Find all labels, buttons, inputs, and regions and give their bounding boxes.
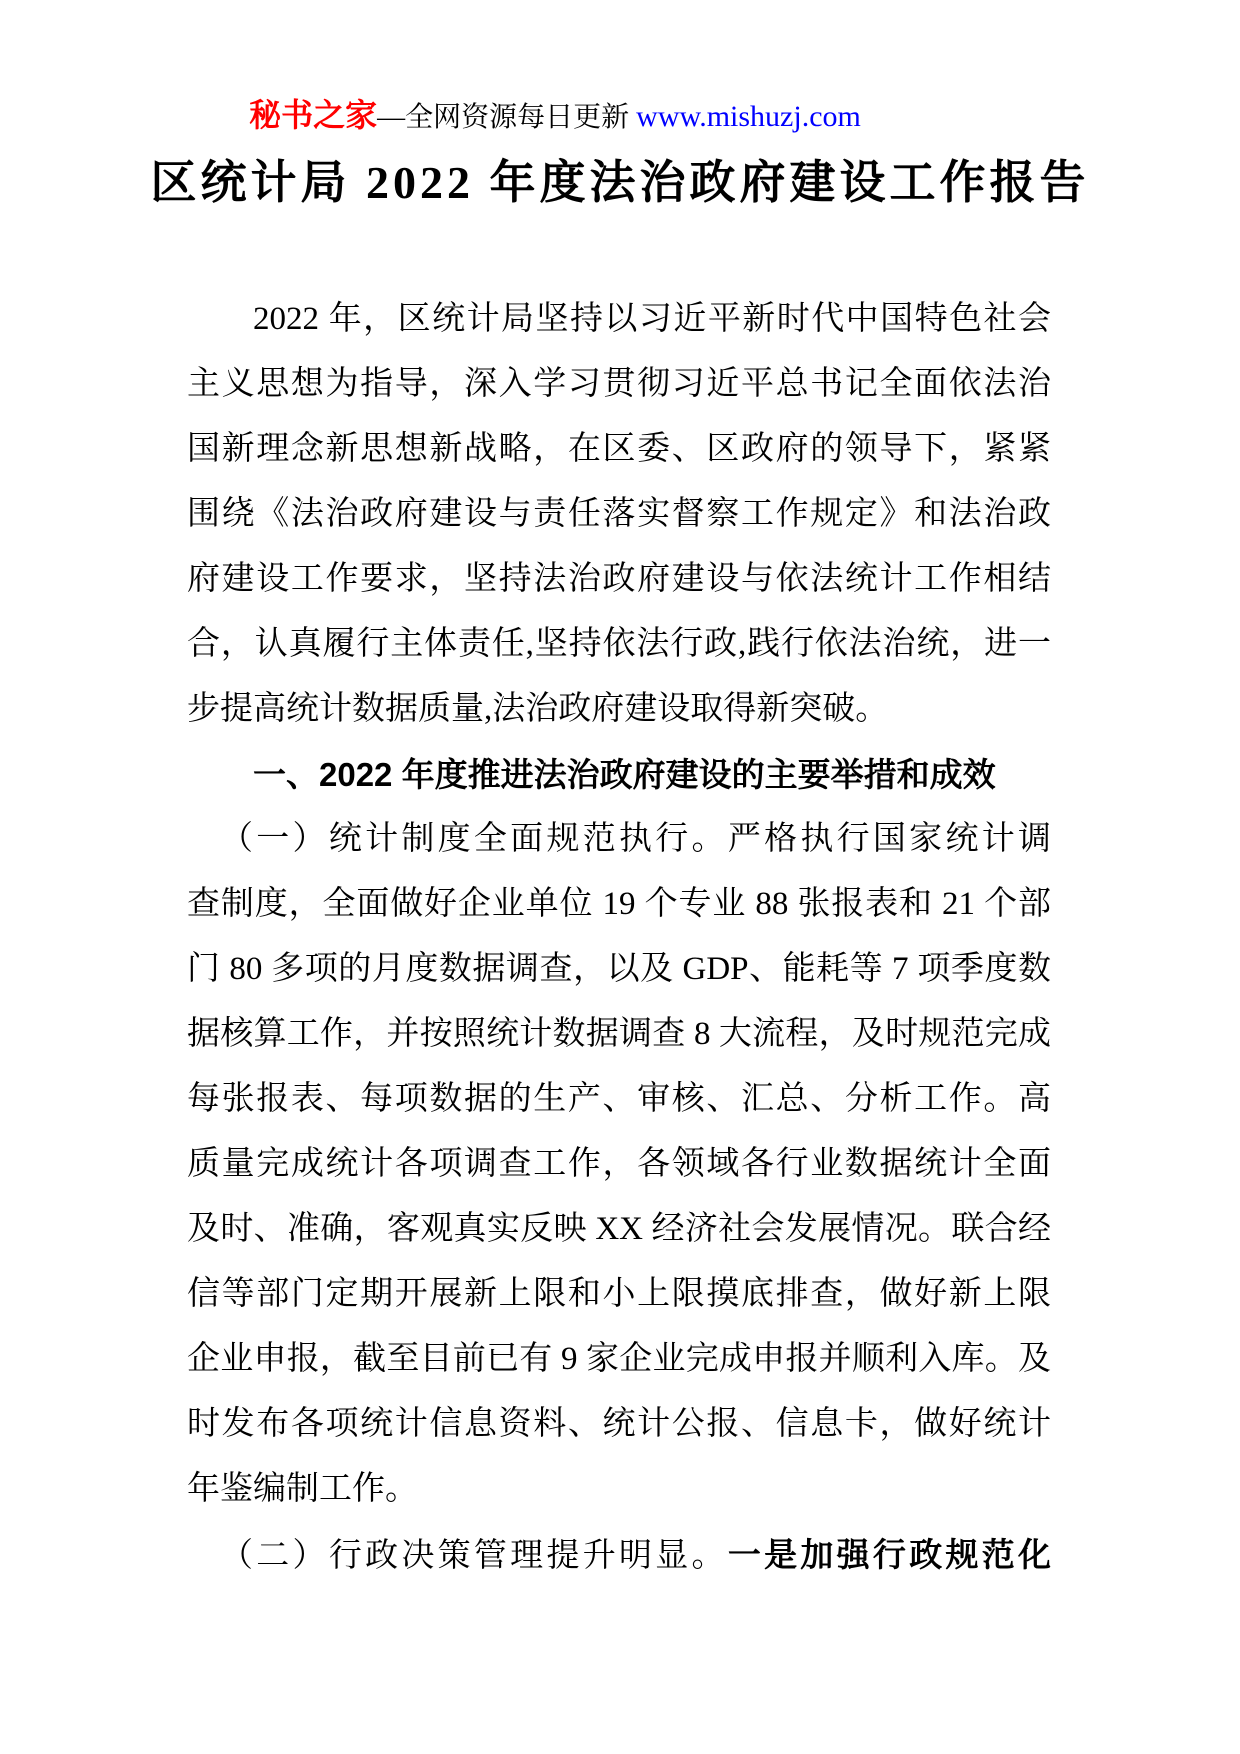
text-run: 每张报表、每项数据的生产、审核、汇总、分析工作。高 [187, 1081, 1051, 1117]
site-name: 秘书之家 [249, 97, 377, 133]
text-run: 信等部门定期开展新上限和小上限摸底排查，做好新上限 [187, 1276, 1051, 1312]
text-run: 及时、准确，客观真实反映 XX 经济社会发展情况。联合经 [187, 1211, 1051, 1247]
site-url[interactable]: www.mishuzj.com [636, 100, 861, 133]
text-line: 府建设工作要求，坚持法治政府建设与依法统计工作相结 [187, 547, 1051, 612]
text-line: 据核算工作，并按照统计数据调查 8 大流程，及时规范完成 [187, 1002, 1051, 1067]
text-run: 国新理念新思想新战略，在区委、区政府的领导下，紧紧 [187, 431, 1051, 467]
text-run: 据核算工作，并按照统计数据调查 8 大流程，及时规范完成 [187, 1016, 1051, 1052]
text-run: 年鉴编制工作。 [187, 1471, 418, 1507]
text-run: 查制度，全面做好企业单位 19 个专业 88 张报表和 21 个部 [187, 886, 1051, 922]
text-line: 国新理念新思想新战略，在区委、区政府的领导下，紧紧 [187, 417, 1051, 482]
text-line: （一）统计制度全面规范执行。严格执行国家统计调 [187, 807, 1051, 872]
text-line: 及时、准确，客观真实反映 XX 经济社会发展情况。联合经 [187, 1197, 1051, 1262]
text-line: 2022 年，区统计局坚持以习近平新时代中国特色社会 [187, 287, 1051, 352]
text-line: 查制度，全面做好企业单位 19 个专业 88 张报表和 21 个部 [187, 872, 1051, 937]
text-run: 一、2022 年度推进法治政府建设的主要举措和成效 [253, 756, 996, 793]
site-tagline: —全网资源每日更新 [377, 102, 636, 133]
text-line: 年鉴编制工作。 [187, 1457, 1051, 1522]
text-run: 2022 年，区统计局坚持以习近平新时代中国特色社会 [253, 301, 1051, 337]
document-body: 2022 年，区统计局坚持以习近平新时代中国特色社会主义思想为指导，深入学习贯彻… [187, 287, 1051, 1587]
text-run: 门 80 多项的月度数据调查，以及 GDP、能耗等 7 项季度数 [187, 951, 1051, 987]
text-line: 主义思想为指导，深入学习贯彻习近平总书记全面依法治 [187, 352, 1051, 417]
text-run: 合，认真履行主体责任,坚持依法行政,践行依法治统，进一 [187, 626, 1051, 662]
bold-run: 一是加强行政规范化 [728, 1536, 1051, 1573]
document-title: 区统计局 2022 年度法治政府建设工作报告 [0, 146, 1240, 212]
text-run: （一）统计制度全面规范执行。严格执行国家统计调 [220, 821, 1051, 857]
text-line: 质量完成统计各项调查工作，各领域各行业数据统计全面 [187, 1132, 1051, 1197]
text-line: （二）行政决策管理提升明显。一是加强行政规范化 [187, 1522, 1051, 1587]
text-run: 时发布各项统计信息资料、统计公报、信息卡，做好统计 [187, 1406, 1051, 1442]
section-heading: 一、2022 年度推进法治政府建设的主要举措和成效 [187, 742, 1051, 807]
text-run: 主义思想为指导，深入学习贯彻习近平总书记全面依法治 [187, 366, 1051, 402]
text-line: 时发布各项统计信息资料、统计公报、信息卡，做好统计 [187, 1392, 1051, 1457]
text-run: 围绕《法治政府建设与责任落实督察工作规定》和法治政 [187, 496, 1051, 532]
text-run: 质量完成统计各项调查工作，各领域各行业数据统计全面 [187, 1146, 1051, 1182]
text-line: 步提高统计数据质量,法治政府建设取得新突破。 [187, 677, 1051, 742]
text-line: 合，认真履行主体责任,坚持依法行政,践行依法治统，进一 [187, 612, 1051, 677]
text-run: 步提高统计数据质量,法治政府建设取得新突破。 [187, 691, 888, 727]
text-line: 门 80 多项的月度数据调查，以及 GDP、能耗等 7 项季度数 [187, 937, 1051, 1002]
page: 秘书之家—全网资源每日更新 www.mishuzj.com 区统计局 2022 … [0, 0, 1240, 1754]
text-run: 府建设工作要求，坚持法治政府建设与依法统计工作相结 [187, 561, 1051, 597]
text-run: （二）行政决策管理提升明显。 [220, 1538, 728, 1574]
site-header: 秘书之家—全网资源每日更新 www.mishuzj.com [0, 92, 1240, 145]
text-line: 信等部门定期开展新上限和小上限摸底排查，做好新上限 [187, 1262, 1051, 1327]
text-run: 企业申报，截至目前已有 9 家企业完成申报并顺利入库。及 [187, 1341, 1051, 1377]
text-line: 每张报表、每项数据的生产、审核、汇总、分析工作。高 [187, 1067, 1051, 1132]
site-header-text: 秘书之家—全网资源每日更新 www.mishuzj.com [249, 113, 861, 130]
text-line: 企业申报，截至目前已有 9 家企业完成申报并顺利入库。及 [187, 1327, 1051, 1392]
text-line: 围绕《法治政府建设与责任落实督察工作规定》和法治政 [187, 482, 1051, 547]
